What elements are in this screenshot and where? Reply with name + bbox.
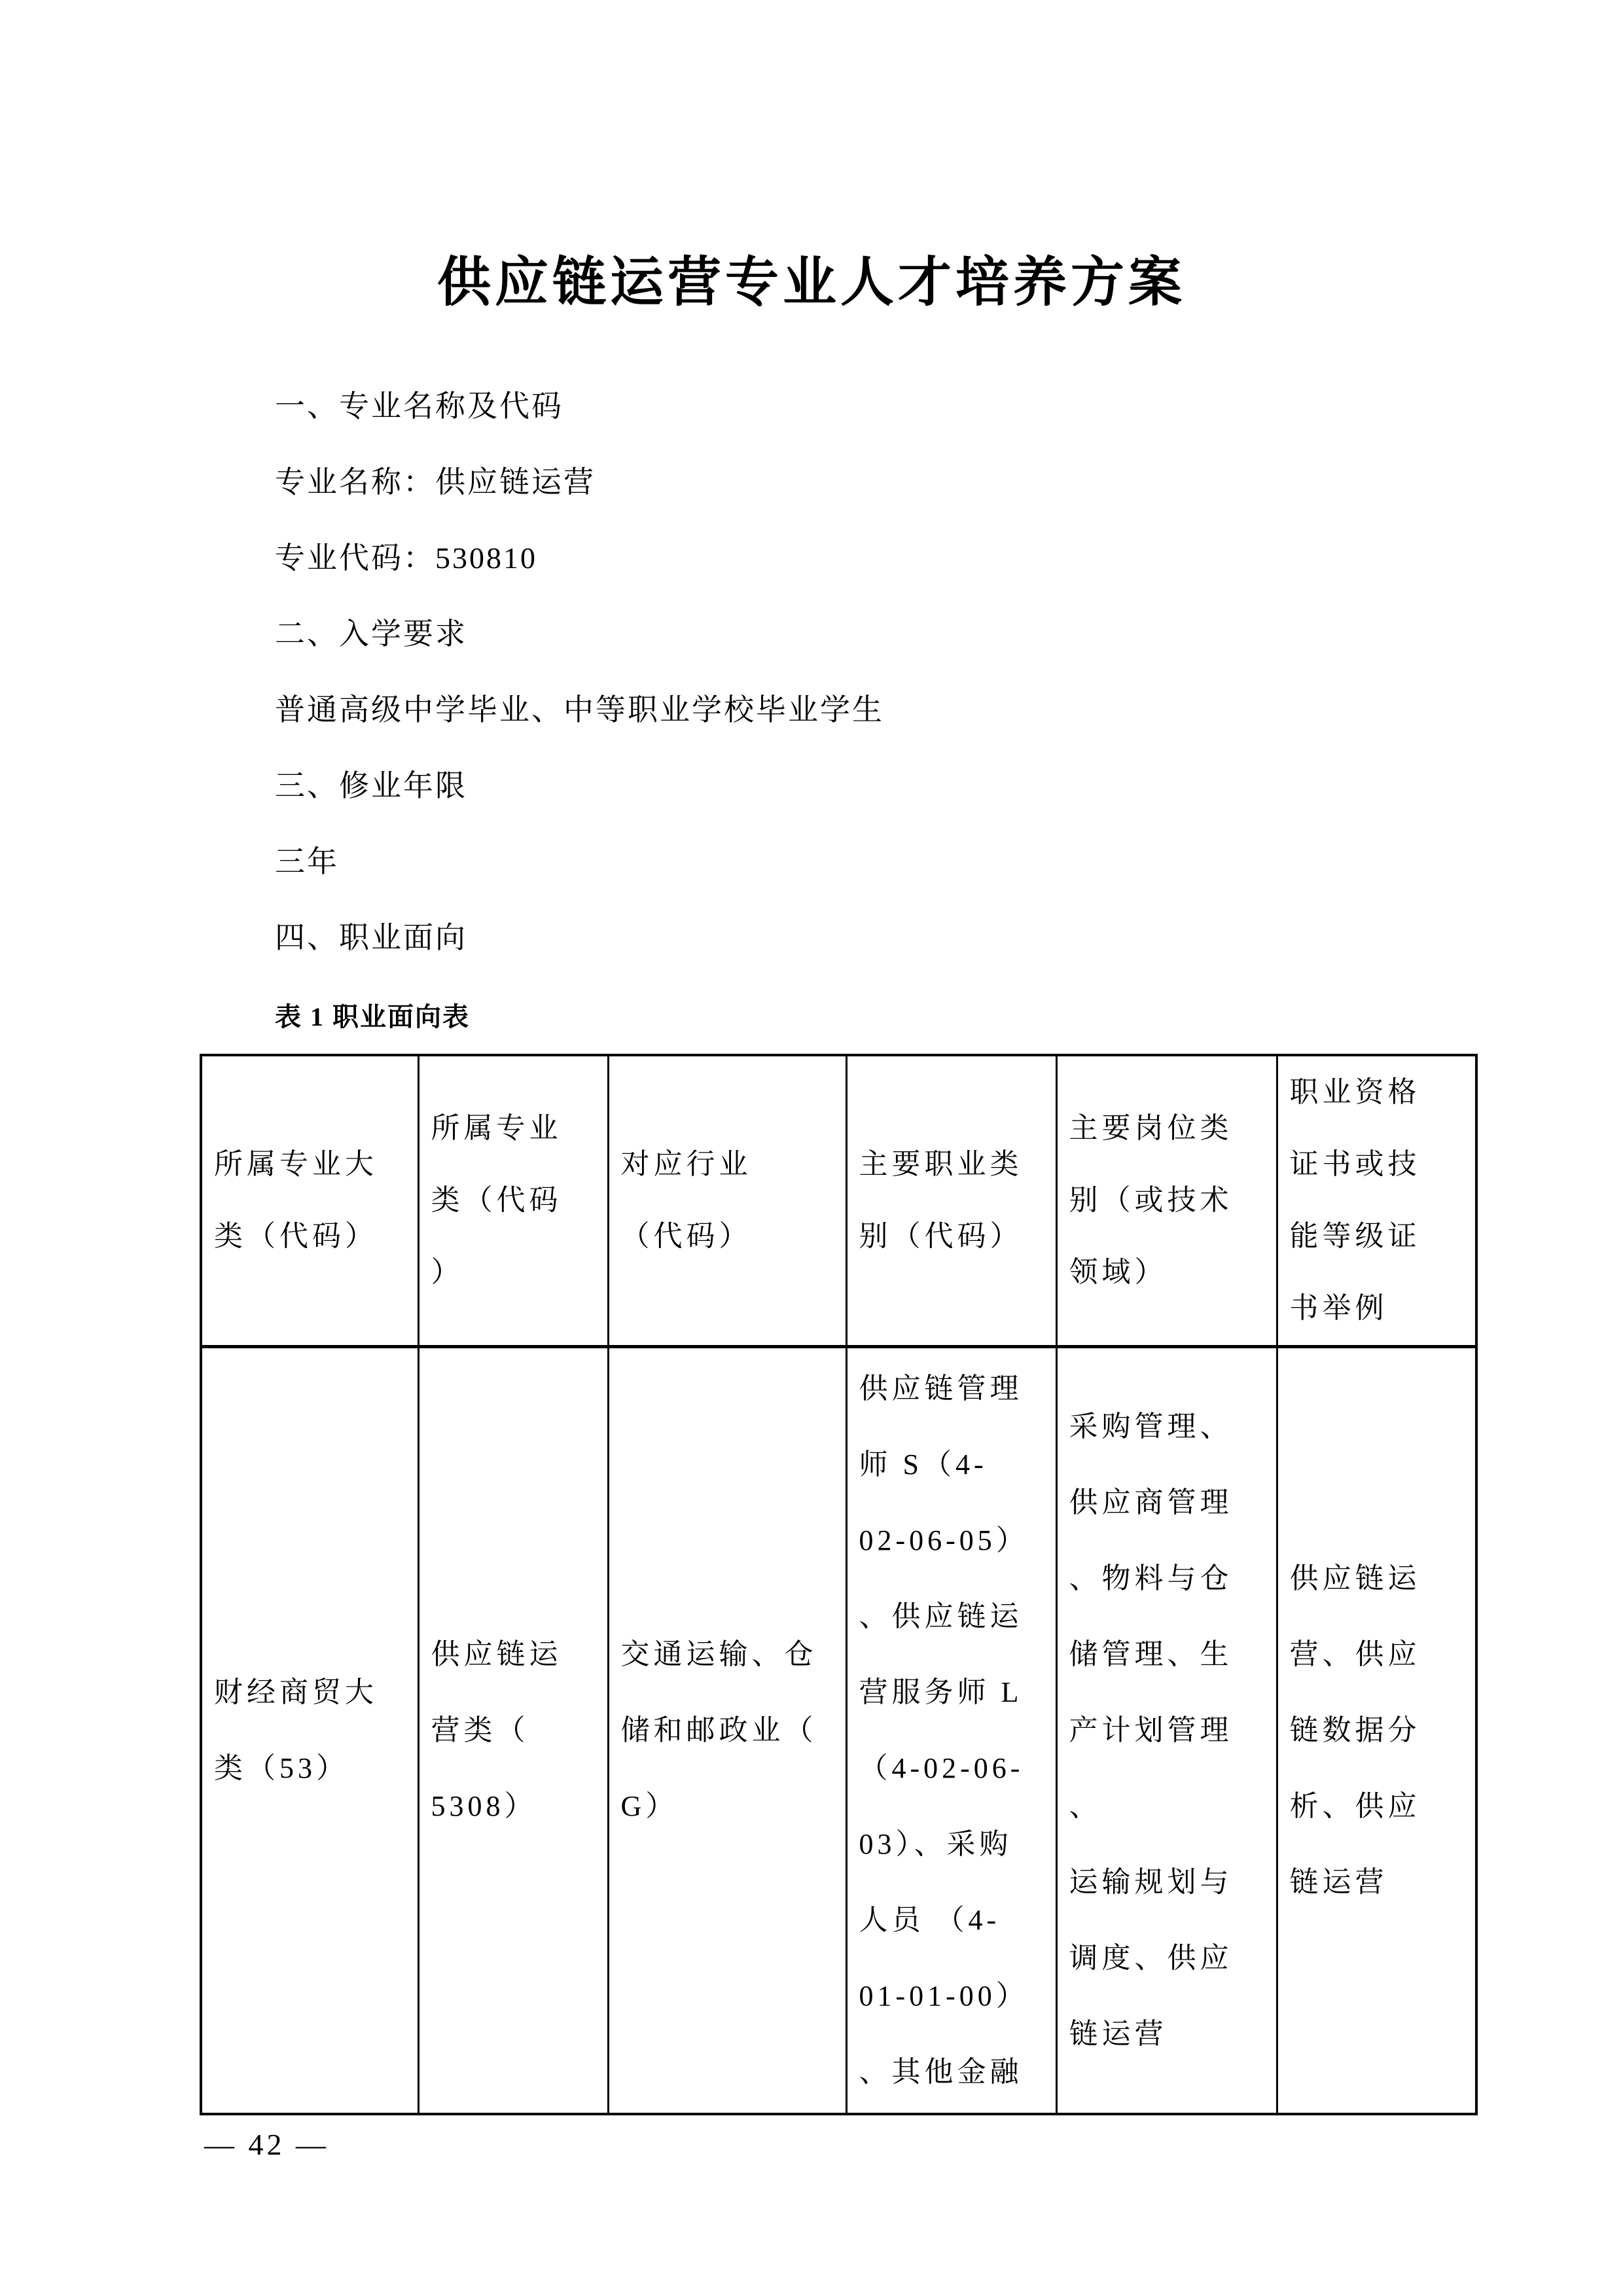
document-page: { "doc": { "title": "供应链运营专业人才培养方案", "pa… <box>0 0 1623 2296</box>
table-cell-occupation-category: 供应链管理 师 S（4- 02-06-05） 、供应链运 营服务师 L （4-0… <box>846 1346 1056 2114</box>
table-header-occupation-category: 主要职业类 别（代码） <box>846 1055 1056 1346</box>
table-data-row: 财经商贸大 类（53） 供应链运 营类（ 5308） 交通运输、仓 储和邮政业（… <box>201 1346 1476 2114</box>
paragraph-major-code: 专业代码：530810 <box>275 520 1387 596</box>
paragraph-section-1: 一、专业名称及代码 <box>275 368 1387 444</box>
paragraph-entry-requirement: 普通高级中学毕业、中等职业学校毕业学生 <box>275 672 1387 748</box>
table-header-major-class: 所属专业 类（代码 ） <box>418 1055 608 1346</box>
page-number: — 42 — <box>204 2127 329 2162</box>
page-title: 供应链运营专业人才培养方案 <box>0 240 1623 316</box>
table-cell-post-category: 采购管理、 供应商管理 、物料与仓 储管理、生 产计划管理 、 运输规划与 调度… <box>1056 1346 1277 2114</box>
table-header-major-category: 所属专业大 类（代码） <box>201 1055 418 1346</box>
table-cell-major-category: 财经商贸大 类（53） <box>201 1346 418 2114</box>
table-header-row: 所属专业大 类（代码） 所属专业 类（代码 ） 对应行业 （代码） 主要职业类 … <box>201 1055 1476 1346</box>
body-paragraphs: 一、专业名称及代码 专业名称：供应链运营 专业代码：530810 二、入学要求 … <box>275 368 1387 976</box>
table-header-certificates: 职业资格 证书或技 能等级证 书举例 <box>1277 1055 1476 1346</box>
paragraph-section-3: 三、修业年限 <box>275 748 1387 824</box>
table-header-post-category: 主要岗位类 别（或技术 领域） <box>1056 1055 1277 1346</box>
paragraph-study-years: 三年 <box>275 824 1387 900</box>
table-header-industry: 对应行业 （代码） <box>608 1055 846 1346</box>
paragraph-section-4: 四、职业面向 <box>275 900 1387 976</box>
table-cell-industry: 交通运输、仓 储和邮政业（ G） <box>608 1346 846 2114</box>
paragraph-section-2: 二、入学要求 <box>275 596 1387 672</box>
occupation-orientation-table: 所属专业大 类（代码） 所属专业 类（代码 ） 对应行业 （代码） 主要职业类 … <box>200 1054 1478 2115</box>
table-caption: 表 1 职业面向表 <box>275 996 470 1033</box>
table-cell-certificates: 供应链运 营、供应 链数据分 析、供应 链运营 <box>1277 1346 1476 2114</box>
table-cell-major-class: 供应链运 营类（ 5308） <box>418 1346 608 2114</box>
paragraph-major-name: 专业名称：供应链运营 <box>275 444 1387 520</box>
